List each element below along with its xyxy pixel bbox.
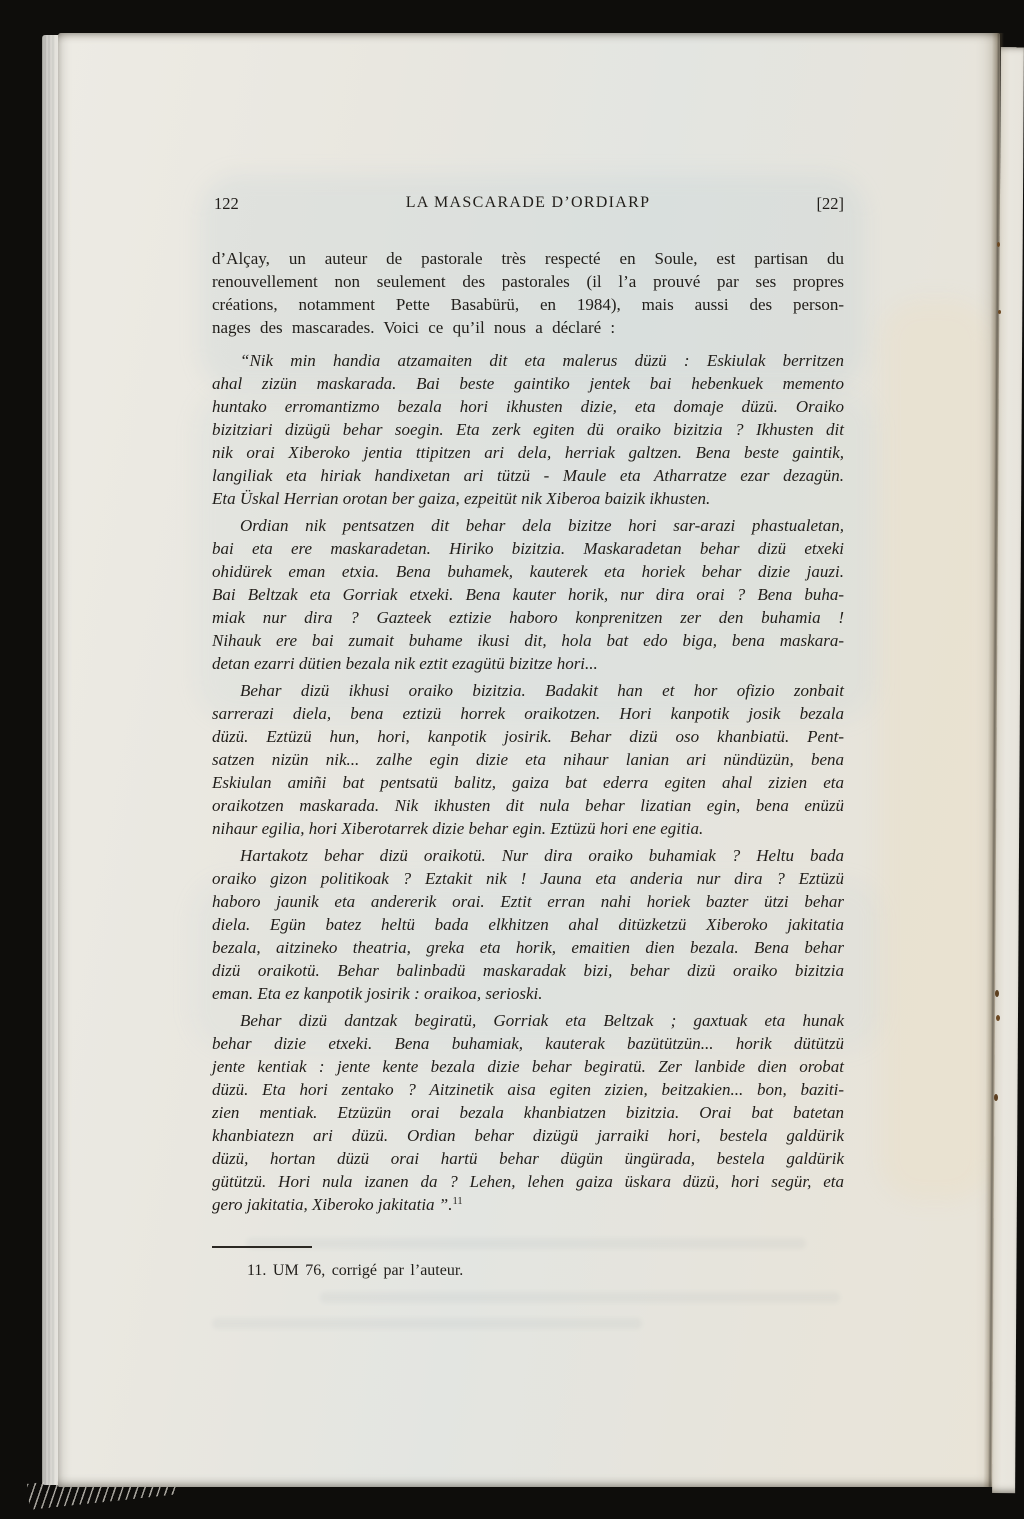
gutter-assembly [975, 33, 1024, 1495]
text-line: huntako erromantizmo bezala hori ikhuste… [212, 395, 844, 418]
text-line: nages des mascarades. Voici ce qu’il nou… [212, 316, 844, 339]
text-line: nik orai Xiberoko jentia ttipitzen ari d… [212, 441, 844, 464]
text-line: sarrerazi diela, bena eztizü horrek orai… [212, 702, 844, 725]
footnote: 11. UM 76, corrigé par l’auteur. [247, 1262, 463, 1280]
text-line: ahal zizün maskarada. Bai beste gaintiko… [212, 372, 844, 395]
text-line: düzü, hortan düzü orai hartü behar dügün… [212, 1147, 844, 1170]
quote-closing: gero jakitatia, Xiberoko jakitatia ”. [212, 1195, 453, 1214]
text-line: d’Alçay, un auteur de pastorale très res… [212, 247, 844, 270]
text-line: bizitziari dizügü behar soegin. Eta zerk… [212, 418, 844, 441]
text-line: diela. Egün batez heltü bada elkhitzen a… [212, 913, 844, 936]
text-line: “Nik min handia atzamaiten dit eta maler… [212, 349, 844, 372]
footnote-rule [212, 1246, 312, 1248]
text-line: Bai Beltzak eta Gorriak etxeki. Bena kau… [212, 583, 844, 606]
stain-speck [997, 242, 1000, 247]
text-line: bai eta ere maskaradetan. Hiriko bizitzi… [212, 537, 844, 560]
text-line: dizü oraikotü. Behar balinbadü maskarada… [212, 959, 844, 982]
footnote-reference: 11 [453, 1196, 463, 1207]
text-line: ohidürek eman etxia. Bena buhamek, kaute… [212, 560, 844, 583]
text-line: jente kentiak : jente kente bezala dizie… [212, 1055, 844, 1078]
text-line: bezala, aitzineko theatria, greka eta ho… [212, 936, 844, 959]
text-line: nihaur egilia, hori Xiberotarrek dizie b… [212, 817, 844, 840]
text-line: satzen nizün nik... zalhe egin dizie eta… [212, 748, 844, 771]
text-line: khanbiatezn ari düzü. Ordian behar dizüg… [212, 1124, 844, 1147]
showthrough-text [246, 1238, 806, 1249]
text-line: eman. Eta ez kanpotik josirik : oraikoa,… [212, 982, 844, 1005]
text-line: Nihauk ere bai zumait buhame ikusi dit, … [212, 629, 844, 652]
text-line: gero jakitatia, Xiberoko jakitatia ”.11 [212, 1193, 844, 1216]
page-number-right: [22] [817, 194, 845, 214]
text-line: Behar dizü ikhusi oraiko bizitzia. Badak… [212, 679, 844, 702]
text-line: zien mentiak. Etzüzün orai bezala khanbi… [212, 1101, 844, 1124]
text-line: créations, notamment Pette Basabürü, en … [212, 293, 844, 316]
text-line: detan ezarri dütien bezala nik eztit eza… [212, 652, 844, 675]
text-line: düzü. Eztüzü hun, hori, kanpotik josirik… [212, 725, 844, 748]
text-line: gütützü. Hori nula izanen da ? Lehen, le… [212, 1170, 844, 1193]
text-line: Hartakotz behar dizü oraikotü. Nur dira … [212, 844, 844, 867]
text-line: behar dizie etxeki. Bena buhamiak, kaute… [212, 1032, 844, 1055]
showthrough-text [212, 1318, 642, 1329]
text-line: oraiko gizon politikoak ? Eztakit nik ! … [212, 867, 844, 890]
body-text: d’Alçay, un auteur de pastorale très res… [212, 247, 844, 1216]
running-header: 122 LA MASCARADE D’ORDIARP [22] [212, 194, 844, 216]
text-line: renouvellement non seulement des pastora… [212, 270, 844, 293]
stain-speck [995, 990, 999, 997]
text-line: düzü. Eta hori zentako ? Aitzinetik aisa… [212, 1078, 844, 1101]
text-line: oraikotzen maskarada. Nik ikhusten dit n… [212, 794, 844, 817]
text-line: Ordian nik pentsatzen dit behar dela biz… [212, 514, 844, 537]
stain-speck [994, 1094, 998, 1101]
text-line: Behar dizü dantzak begiratü, Gorriak eta… [212, 1009, 844, 1032]
text-line: Eta Üskal Herrian orotan ber gaiza, ezpe… [212, 487, 844, 510]
stain-speck [998, 310, 1001, 314]
text-line: haboro jaunik eta andererik orai. Eztit … [212, 890, 844, 913]
stain-speck [996, 1015, 1000, 1021]
text-line: miak nur dira ? Gazteek eztizie haboro k… [212, 606, 844, 629]
running-title: LA MASCARADE D’ORDIARP [212, 194, 844, 212]
text-line: Eskiulan amiñi bat pentsatü balitz, gaiz… [212, 771, 844, 794]
showthrough-text [320, 1292, 840, 1303]
text-line: langiliak eta hiriak handixetan ari tütz… [212, 464, 844, 487]
